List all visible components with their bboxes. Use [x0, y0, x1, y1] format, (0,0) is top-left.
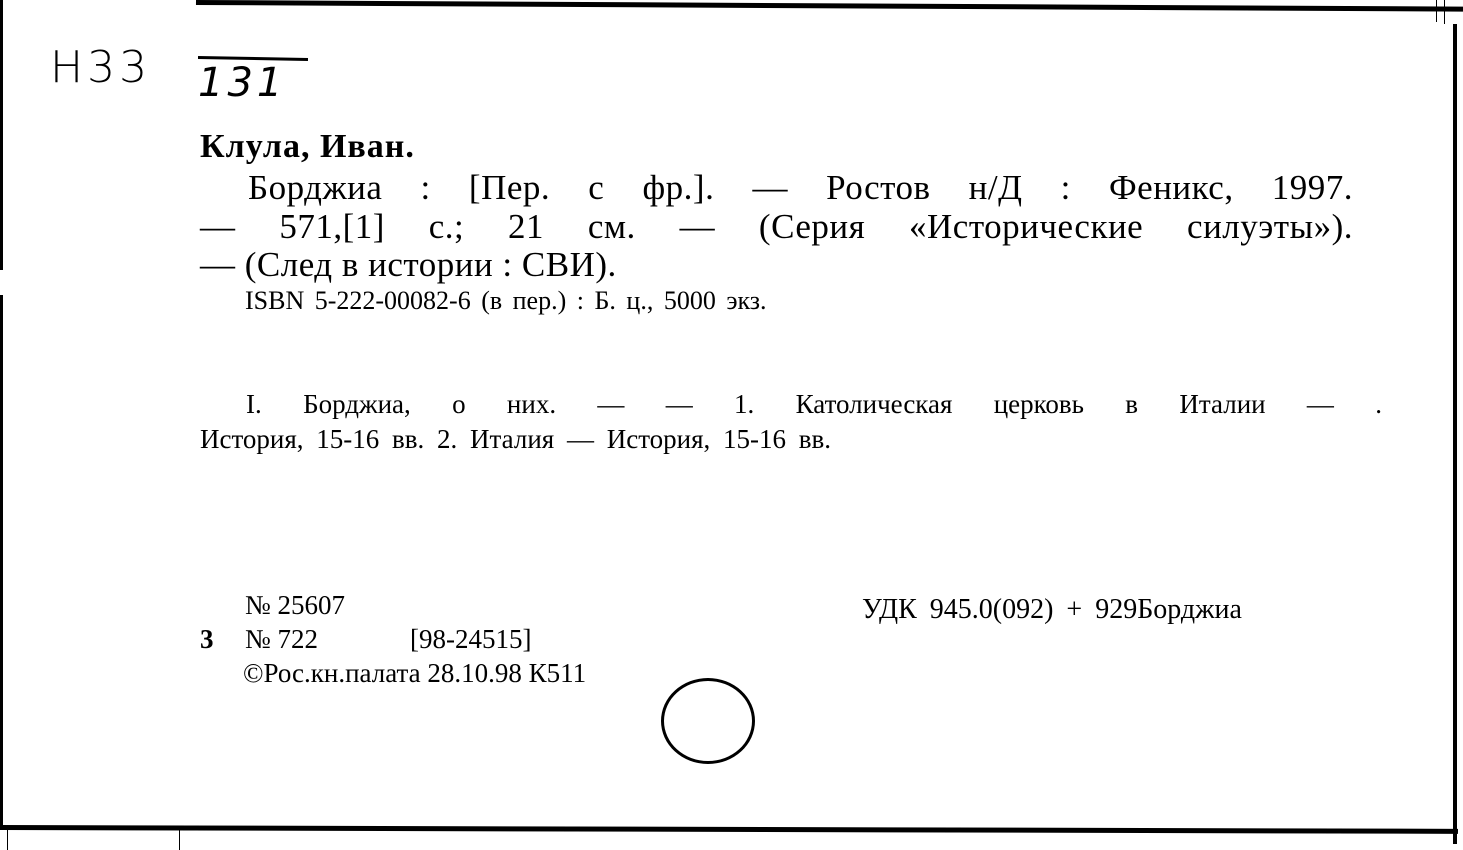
scan-tick-mark — [1444, 0, 1445, 24]
subject-line-2: История, 15-16 вв. 2. Италия — История, … — [200, 426, 831, 453]
description-line-3: — (След в истории : СВИ). — [200, 247, 617, 282]
scan-tick-mark — [7, 830, 8, 850]
copyright-line: ©Рос.кн.палата 28.10.98 К511 — [243, 660, 586, 687]
registry-number-2: № 722 — [245, 626, 318, 653]
card-border-right — [1453, 24, 1457, 844]
description-line-1: Борджиа : [Пер. с фр.]. — Ростов н/Д : Ф… — [248, 170, 1353, 205]
card-border-top — [196, 0, 1463, 12]
hand-drawn-circle-icon — [661, 678, 755, 764]
author-heading: Клула, Иван. — [200, 130, 415, 164]
registry-bracket-number: [98-24515] — [410, 626, 531, 653]
isbn-line: ISBN 5-222-00082-6 (в пер.) : Б. ц., 500… — [245, 288, 767, 314]
scan-tick-mark — [179, 830, 180, 850]
card-border-left — [0, 0, 3, 830]
handwritten-call-code: Н33 — [50, 42, 151, 93]
scan-tick-mark — [1436, 0, 1437, 22]
card-border-left-gap — [0, 270, 4, 295]
card-border-bottom — [0, 825, 1458, 834]
handwritten-call-fraction: 131 — [198, 60, 286, 106]
registry-number-1: № 25607 — [245, 592, 345, 619]
subject-line-1: I. Борджиа, о них. — — 1. Католическая ц… — [246, 391, 1382, 418]
udk-classification: УДК 945.0(092) + 929Борджиа — [862, 596, 1242, 624]
description-line-2: — 571,[1] с.; 21 см. — (Серия «Историчес… — [200, 209, 1353, 244]
registry-prefix: 3 — [200, 626, 214, 653]
